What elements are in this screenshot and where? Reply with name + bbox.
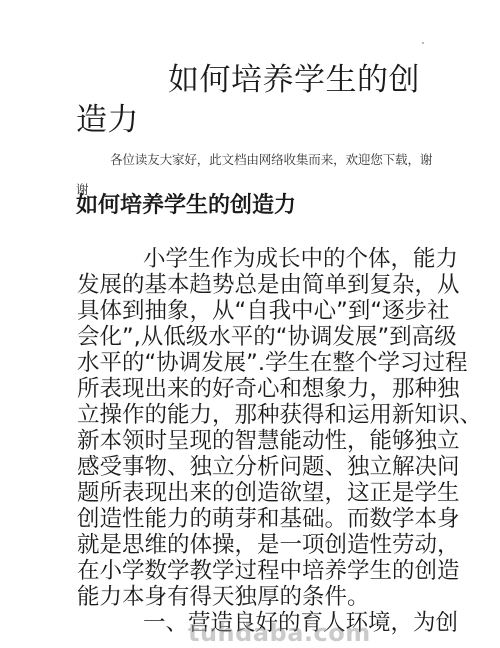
body-line: 题所表现出来的创造欲望，这正是学生 (77, 480, 427, 506)
title-line-1: 如何培养学生的创 (76, 60, 426, 100)
document-page: 如何培养学生的创 造力 各位读友大家好，此文档由网络收集而来，欢迎您下载，谢 谢… (0, 0, 500, 648)
body-line: 立操作的能力，那种获得和运用新知识、 (77, 402, 427, 428)
body-line: 小学生作为成长中的个体，能力 (77, 246, 427, 272)
body-line: 能力本身有得天独厚的条件。 (77, 584, 427, 610)
body-line: 水平的“协调发展”.学生在整个学习过程 (77, 350, 427, 376)
title-line-2: 造力 (76, 100, 426, 140)
body-line: 发展的基本趋势总是由简单到复杂，从 (77, 272, 427, 298)
body-line: 就是思维的体操，是一项创造性劳动， (77, 532, 427, 558)
body-line: 具体到抽象，从“自我中心”到“逐步社 (77, 298, 427, 324)
body-line: 创造性能力的萌芽和基础。而数学本身 (77, 506, 427, 532)
body-paragraph: 小学生作为成长中的个体，能力 发展的基本趋势总是由简单到复杂，从 具体到抽象，从… (77, 246, 427, 636)
body-line: 在小学数学教学过程中培养学生的创造 (77, 558, 427, 584)
watermark: tuhdaba.com (188, 619, 371, 647)
body-line: 所表现出来的好奇心和想象力，那种独 (77, 376, 427, 402)
body-line: 会化”,从低级水平的“协调发展”到高级 (77, 324, 427, 350)
body-line: 新本领时呈现的智慧能动性，能够独立 (77, 428, 427, 454)
section-heading: 如何培养学生的创造力 (76, 192, 296, 220)
body-line: 感受事物、独立分析问题、独立解决问 (77, 454, 427, 480)
document-title: 如何培养学生的创 造力 (76, 60, 426, 140)
notice-line-1: 各位读友大家好，此文档由网络收集而来，欢迎您下载，谢 (76, 145, 426, 175)
scan-speck (422, 42, 424, 44)
